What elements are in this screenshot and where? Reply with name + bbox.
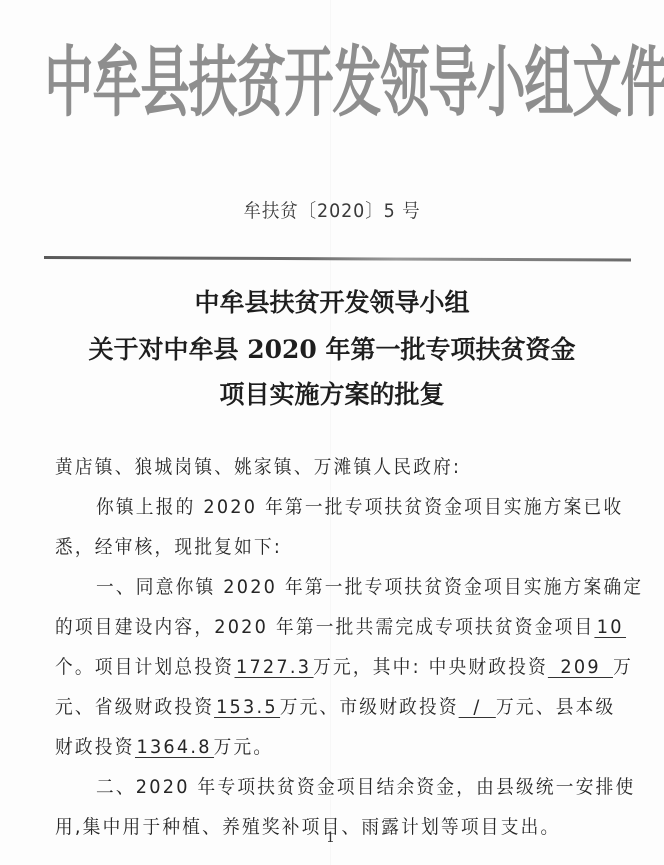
item-1-line-1: 一、同意你镇 2020 年第一批专项扶贫资金项目实施方案确定: [96, 572, 643, 599]
title-line-1: 中牟县扶贫开发领导小组: [0, 283, 664, 319]
banner-char: 组: [524, 22, 563, 132]
addressee: 黄店镇、狼城岗镇、姚家镇、万滩镇人民政府:: [55, 452, 461, 479]
item-1-line-3-text-a: 个。项目计划总投资: [55, 656, 234, 678]
item-1-line-4: 元、省级财政投资153.5万元、市级财政投资/万元、县本级: [55, 692, 615, 719]
paragraph-1-line-2: 悉，经审核，现批复如下:: [55, 532, 282, 559]
banner-char: 领: [380, 22, 419, 132]
item-2-line-2: 用,集中用于种植、养殖奖补项目、雨露计划等项目支出。: [55, 812, 560, 839]
document-banner: 中 牟 县 扶 贫 开 发 领 导 小 组 文 件: [40, 19, 630, 134]
header-divider: [44, 256, 631, 262]
project-count-field: 10: [594, 617, 626, 638]
banner-char: 贫: [236, 22, 275, 132]
item-2-line-1: 二、2020 年专项扶贫资金项目结余资金，由县级统一安排使: [96, 772, 635, 799]
city-investment-field: /: [459, 697, 496, 718]
item-1-line-5-text-b: 万元。: [214, 736, 274, 758]
banner-char: 开: [284, 22, 323, 132]
item-1-line-3: 个。项目计划总投资1727.3万元，其中: 中央财政投资209万: [55, 652, 633, 679]
central-investment-field: 209: [548, 657, 613, 678]
document-page: 中 牟 县 扶 贫 开 发 领 导 小 组 文 件 牟扶贫〔2020〕5 号 中…: [0, 0, 664, 865]
item-1-line-3-text-b: 万元，其中: 中央财政投资: [313, 656, 548, 678]
banner-char: 中: [44, 22, 83, 132]
provincial-investment-field: 153.5: [214, 697, 279, 718]
banner-char: 县: [140, 22, 179, 132]
county-investment-field: 1364.8: [135, 737, 214, 758]
paragraph-1-line-1: 你镇上报的 2020 年第一批专项扶贫资金项目实施方案已收: [96, 492, 623, 519]
page-number: 1: [326, 830, 335, 846]
item-1-line-4-text-b: 万元、市级财政投资: [280, 696, 459, 718]
title-line-2: 关于对中牟县 2020 年第一批专项扶贫资金: [0, 330, 664, 366]
banner-char: 牟: [92, 22, 131, 132]
item-1-line-2-text: 的项目建设内容，2020 年第一批共需完成专项扶贫资金项目: [55, 616, 594, 638]
banner-char: 件: [620, 22, 659, 132]
document-number: 牟扶贫〔2020〕5 号: [27, 196, 638, 223]
item-1-line-5: 财政投资1364.8万元。: [55, 732, 273, 759]
item-1-line-4-text-c: 万元、县本级: [496, 696, 615, 718]
banner-char: 小: [476, 22, 515, 132]
item-1-line-4-text-a: 元、省级财政投资: [55, 696, 214, 718]
item-1-line-3-text-c: 万: [613, 656, 633, 678]
banner-char: 导: [428, 22, 467, 132]
item-1-line-5-text-a: 财政投资: [55, 736, 135, 758]
banner-char: 文: [572, 22, 611, 132]
banner-char: 发: [332, 22, 371, 132]
title-line-3: 项目实施方案的批复: [0, 375, 664, 411]
total-investment-field: 1727.3: [234, 657, 313, 678]
banner-char: 扶: [188, 22, 227, 132]
item-1-line-2: 的项目建设内容，2020 年第一批共需完成专项扶贫资金项目10: [55, 612, 626, 639]
